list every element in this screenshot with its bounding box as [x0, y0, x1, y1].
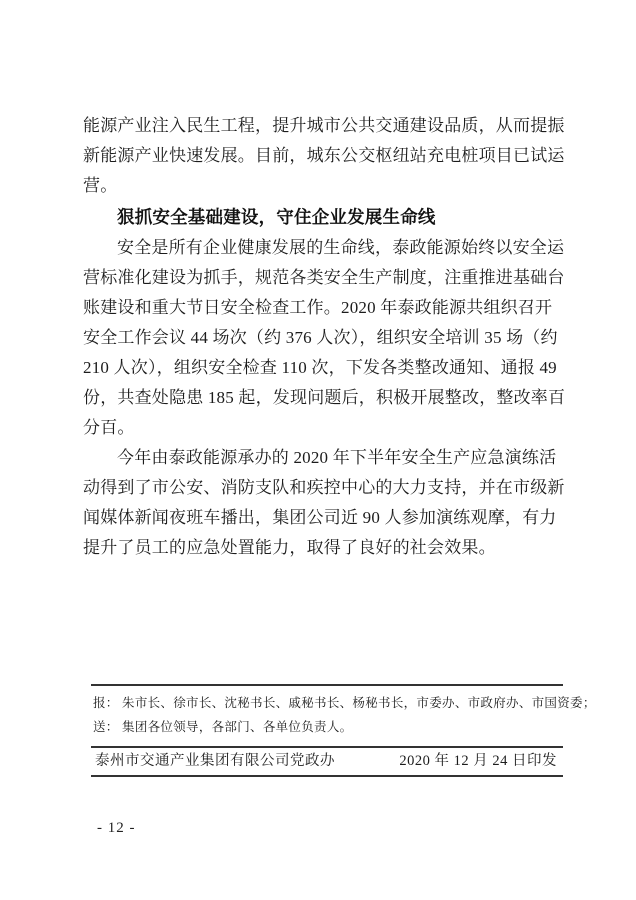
text-line: 动得到了市公安、消防支队和疾控中心的大力支持，并在市级新	[83, 473, 565, 503]
distribution-list: 报： 朱市长、徐市长、沈秘书长、戚秘书长、杨秘书长，市委办、市政府办、市国资委；…	[91, 686, 563, 748]
body-text: 能源产业注入民生工程，提升城市公共交通建设品质，从而提振新能源产业快速发展。目前…	[83, 111, 565, 563]
text-line: 分百。	[83, 413, 565, 443]
text-line: 新能源产业快速发展。目前，城东公交枢纽站充电桩项目已试运	[83, 141, 565, 171]
footer-distribution-box: 报： 朱市长、徐市长、沈秘书长、戚秘书长、杨秘书长，市委办、市政府办、市国资委；…	[91, 684, 563, 777]
send-line: 送： 集团各位领导，各部门、各单位负责人。	[93, 715, 561, 739]
text-line: 安全是所有企业健康发展的生命线，泰政能源始终以安全运	[83, 233, 565, 263]
page-number: - 12 -	[97, 820, 136, 837]
text-line: 提升了员工的应急处置能力，取得了良好的社会效果。	[83, 533, 565, 563]
paragraph-continued: 能源产业注入民生工程，提升城市公共交通建设品质，从而提振新能源产业快速发展。目前…	[83, 111, 565, 201]
text-line: 闻媒体新闻夜班车播出，集团公司近 90 人参加演练观摩，有力	[83, 503, 565, 533]
text-line: 账建设和重大节日安全检查工作。2020 年泰政能源共组织召开	[83, 293, 565, 323]
issuer-row: 泰州市交通产业集团有限公司党政办 2020 年 12 月 24 日印发	[91, 748, 563, 777]
text-line: 营。	[83, 171, 565, 201]
text-line: 份，共查处隐患 185 起，发现问题后，积极开展整改，整改率百	[83, 383, 565, 413]
text-line: 210 人次），组织安全检查 110 次，下发各类整改通知、通报 49	[83, 353, 565, 383]
section-heading: 狠抓安全基础建设，守住企业发展生命线	[83, 201, 565, 233]
text-line: 能源产业注入民生工程，提升城市公共交通建设品质，从而提振	[83, 111, 565, 141]
paragraph-safety-stats: 安全是所有企业健康发展的生命线，泰政能源始终以安全运营标准化建设为抓手，规范各类…	[83, 233, 565, 443]
print-date: 2020 年 12 月 24 日印发	[399, 751, 557, 771]
text-line: 营标准化建设为抓手，规范各类安全生产制度，注重推进基础台	[83, 263, 565, 293]
issuer-name: 泰州市交通产业集团有限公司党政办	[95, 751, 335, 771]
text-line: 安全工作会议 44 场次（约 376 人次），组织安全培训 35 场（约	[83, 323, 565, 353]
report-line: 报： 朱市长、徐市长、沈秘书长、戚秘书长、杨秘书长，市委办、市政府办、市国资委；	[93, 691, 561, 715]
document-page: 能源产业注入民生工程，提升城市公共交通建设品质，从而提振新能源产业快速发展。目前…	[0, 0, 636, 900]
text-line: 今年由泰政能源承办的 2020 年下半年安全生产应急演练活	[83, 443, 565, 473]
paragraph-emergency-drill: 今年由泰政能源承办的 2020 年下半年安全生产应急演练活动得到了市公安、消防支…	[83, 443, 565, 563]
